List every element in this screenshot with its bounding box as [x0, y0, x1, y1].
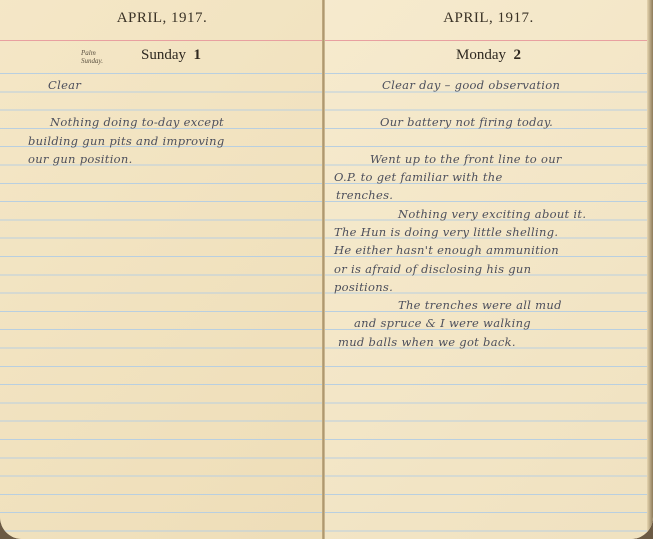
day-name: Monday — [456, 47, 506, 63]
book-gutter — [322, 0, 325, 539]
entry-line: or is afraid of disclosing his gun — [334, 262, 531, 276]
diary-spread: APRIL, 1917. Palm Sunday. Sunday 1 Clear… — [0, 0, 653, 539]
day-number: 1 — [194, 47, 202, 63]
day-number: 2 — [514, 47, 522, 63]
month-header: APRIL, 1917. — [0, 10, 324, 27]
entry-line: The trenches were all mud — [398, 298, 562, 312]
entry-line: trenches. — [336, 188, 393, 202]
entry-line: our gun position. — [28, 152, 133, 166]
entry-line: Our battery not firing today. — [380, 115, 553, 129]
entry-line: Clear day – good observation — [382, 78, 560, 92]
entry-line: The Hun is doing very little shelling. — [334, 225, 558, 239]
right-page: APRIL, 1917. Monday 2 Clear day – good o… — [324, 0, 653, 539]
entry-line: mud balls when we got back. — [338, 335, 516, 349]
entry-line: and spruce & I were walking — [354, 316, 531, 330]
entry-line: Nothing very exciting about it. — [398, 207, 586, 221]
page-edge — [647, 0, 653, 539]
entry-line: Went up to the front line to our — [370, 152, 562, 166]
month-header: APRIL, 1917. — [324, 10, 653, 27]
entry-line: O.P. to get familiar with the — [334, 170, 503, 184]
red-header-rule — [0, 40, 324, 41]
day-name: Sunday — [141, 47, 186, 63]
entry-line: building gun pits and improving — [28, 134, 225, 148]
day-heading: Sunday 1 — [0, 47, 324, 64]
red-header-rule — [324, 40, 653, 41]
entry-line: He either hasn't enough ammunition — [334, 243, 559, 257]
entry-line: Nothing doing to-day except — [50, 115, 224, 129]
entry-line: positions. — [334, 280, 393, 294]
entry-line: Clear — [48, 78, 81, 92]
left-page: APRIL, 1917. Palm Sunday. Sunday 1 Clear… — [0, 0, 324, 539]
day-heading: Monday 2 — [324, 47, 653, 64]
